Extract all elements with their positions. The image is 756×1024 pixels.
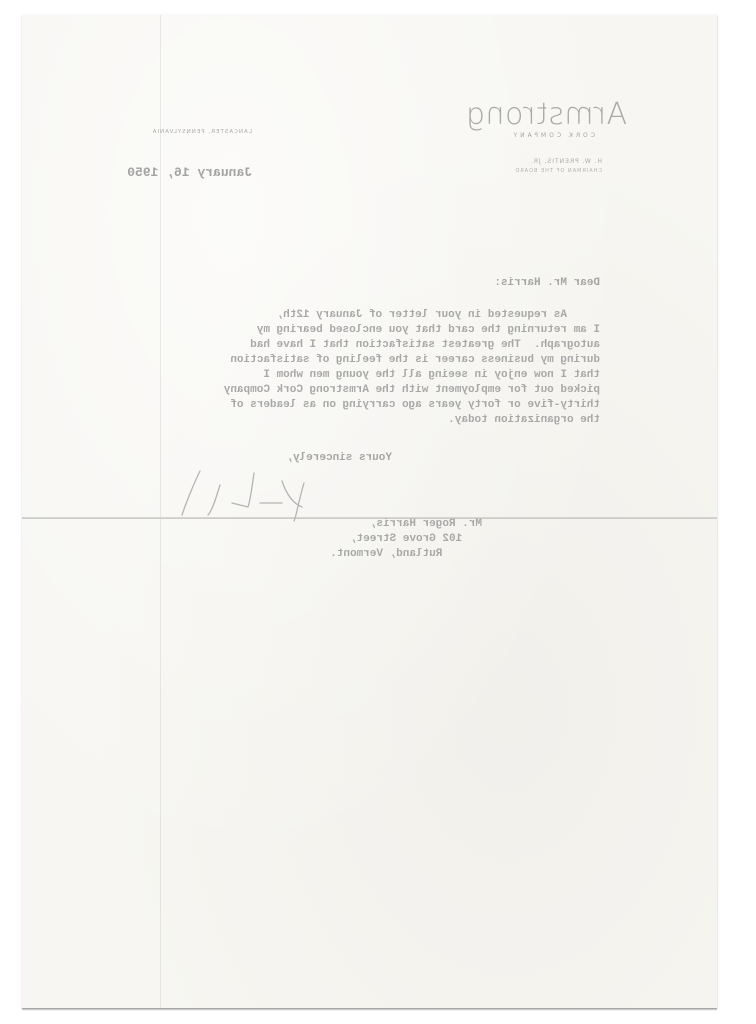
salutation: Dear Mr. Harris: [494, 277, 600, 289]
company-logo: Armstrong [467, 97, 628, 132]
letter-date: January 16, 1950 [127, 165, 252, 180]
signature-icon [172, 463, 312, 523]
letterhead-location: LANCASTER, PENNSYLVANIA [152, 129, 252, 135]
sender-title: CHAIRMAN OF THE BOARD [514, 168, 602, 174]
letter-body: As requested in your letter of January 1… [140, 308, 600, 428]
company-subtitle: CORK COMPANY [510, 132, 595, 139]
letter-sheet: Armstrong CORK COMPANY H. W. PRENTIS, JR… [22, 15, 717, 1009]
mirrored-letter-content: Armstrong CORK COMPANY H. W. PRENTIS, JR… [22, 15, 717, 1008]
sender-name: H. W. PRENTIS, JR. [530, 158, 602, 165]
company-name: Armstrong [467, 97, 628, 132]
recipient-address: Mr. Roger Harris, 102 Grove Street, Rutl… [330, 517, 482, 562]
